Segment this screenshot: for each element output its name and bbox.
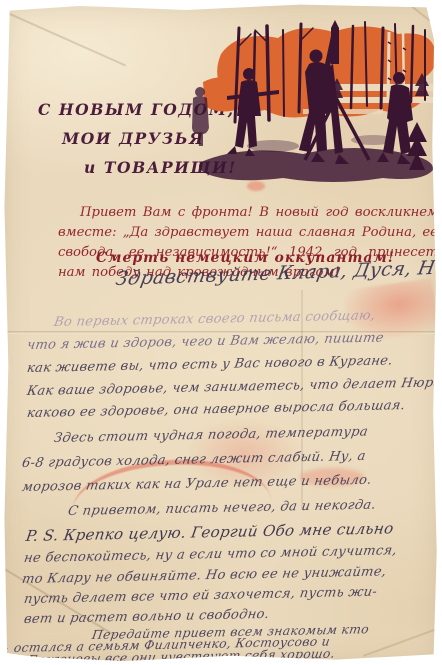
handwritten-line: С приветом, писать нечего, да и некогда. — [67, 498, 377, 519]
handwritten-line: вет и растет вольно и свободно. — [23, 607, 271, 627]
handwritten-line: Во первых строках своего письма сообщаю, — [53, 308, 377, 330]
scanned-letter-page: С НОВЫМ ГОДОМ, МОИ ДРУЗЬЯ и ТОВАРИЩИ! — [0, 0, 442, 665]
soldiers-mortar-illustration — [183, 12, 441, 188]
paper-sheet: С НОВЫМ ГОДОМ, МОИ ДРУЗЬЯ и ТОВАРИЩИ! — [0, 0, 442, 665]
corner-crease-top-left — [0, 4, 126, 67]
archive-margin-mark: б. 1. ч. — [0, 616, 13, 656]
handwritten-line: не беспокойтесь, ну а если что со мной с… — [23, 543, 398, 566]
handwritten-line: Как ваше здоровье, чем занимаетесь, что … — [26, 375, 442, 399]
handwritten-line: то Клару не обвиняйте. Но всю ее не униж… — [21, 564, 388, 587]
handwritten-line: Здесь стоит чудная погода, температура — [53, 424, 369, 446]
handwritten-line: морозов таких как на Урале нет еще и неб… — [21, 473, 373, 495]
handwritten-line: 6-8 градусов холода, снег лежит слабый. … — [21, 449, 367, 471]
handwritten-line: каково ее здоровье, она наверное выросла… — [26, 398, 406, 421]
handwritten-line: что я жив и здоров, чего и Вам желаю, пи… — [26, 331, 385, 353]
handwritten-line: пусть делает все что ей захочется, пусть… — [23, 585, 378, 607]
handwritten-line: как живете вы, что есть у Вас нового в К… — [26, 353, 394, 376]
corner-crease-bottom-right — [363, 617, 442, 657]
handwritten-ps-line: P. S. Крепко целую. Георгий Обо мне силь… — [25, 519, 395, 545]
